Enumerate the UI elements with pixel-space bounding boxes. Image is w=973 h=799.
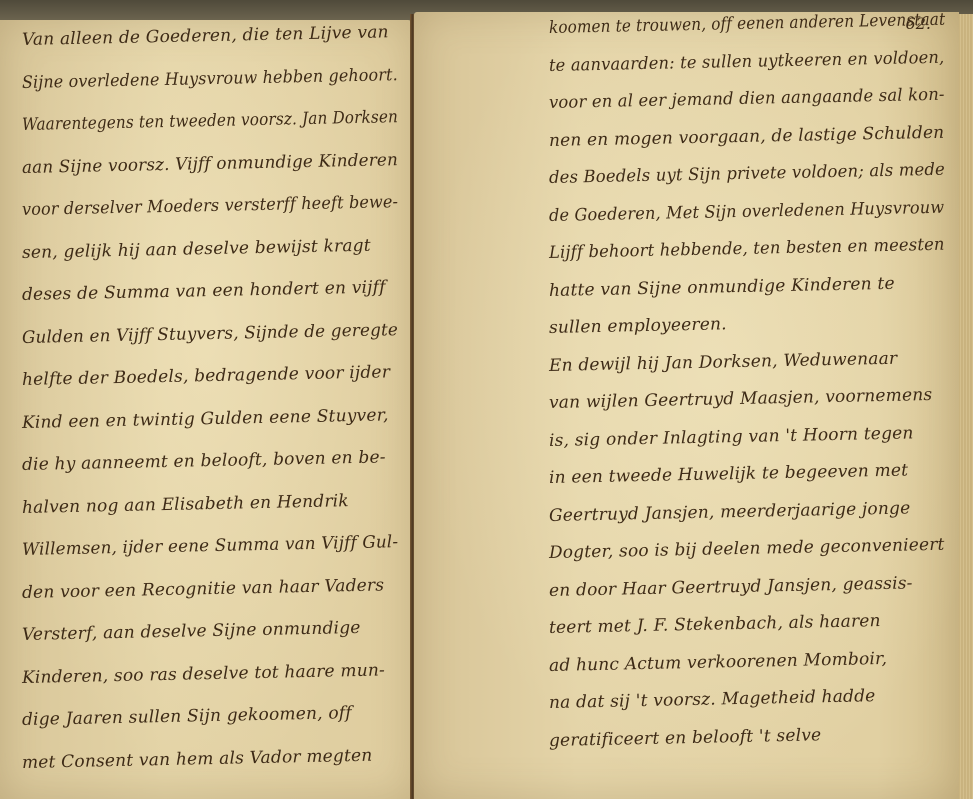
handwritten-line: teert met J. F. Stekenbach, als haaren (549, 611, 881, 638)
handwritten-line: nen en mogen voorgaan, de lastige Schuld… (549, 122, 945, 150)
handwritten-line: na dat sij 't voorsz. Magetheid hadde (549, 686, 876, 713)
handwritten-line: voor en al eer jemand dien aangaande sal… (549, 85, 945, 113)
handwritten-line: Versterf, aan deselve Sijne onmundige (22, 618, 361, 645)
handwritten-line: is, sig onder Inlagting van 't Hoorn teg… (549, 423, 914, 451)
handwritten-line: Willemsen, ijder eene Summa van Vijff Gu… (22, 532, 399, 560)
handwritten-line: En dewijl hij Jan Dorksen, Weduwenaar (549, 348, 898, 375)
handwritten-line: die hy aanneemt en belooft, boven en be- (22, 447, 386, 475)
handwritten-line: te aanvaarden: te sullen uytkeeren en vo… (549, 47, 945, 75)
handwritten-line: Kind een en twintig Gulden eene Stuyver, (22, 405, 389, 433)
handwritten-line: Waarentegens ten tweeden voorsz. Jan Dor… (22, 107, 398, 135)
handwritten-line: met Consent van hem als Vador megten (22, 745, 373, 772)
handwritten-line: deses de Summa van een hondert en vijff (22, 277, 386, 305)
left-page: Van alleen de Goederen, die ten Lijve va… (0, 20, 412, 799)
open-manuscript-book: Van alleen de Goederen, die ten Lijve va… (0, 0, 973, 799)
handwritten-line: helfte der Boedels, bedragende voor ijde… (22, 362, 390, 390)
right-page: 62. koomen te trouwen, off eenen anderen… (414, 12, 959, 799)
handwritten-line: geratificeert en belooft 't selve (549, 725, 822, 751)
handwritten-line: sullen employeeren. (549, 314, 727, 338)
handwritten-line: den voor een Recognitie van haar Vaders (22, 575, 385, 603)
handwritten-line: aan Sijne voorsz. Vijff onmundige Kinder… (22, 150, 398, 178)
handwritten-line: Lijff behoort hebbende, ten besten en me… (549, 235, 945, 263)
handwritten-line: Kinderen, soo ras deselve tot haare mun- (22, 660, 385, 688)
handwritten-line: Geertruyd Jansjen, meerderjaarige jonge (549, 498, 911, 526)
handwritten-line: de Goederen, Met Sijn overledenen Huysvr… (549, 197, 945, 225)
handwritten-line: Sijne overledene Huysvrouw hebben gehoor… (22, 65, 398, 93)
handwritten-line: halven nog aan Elisabeth en Hendrik (22, 491, 349, 518)
handwritten-line: en door Haar Geertruyd Jansjen, geassis- (549, 573, 913, 601)
handwritten-line: in een tweede Huwelijk te begeeven met (549, 460, 909, 488)
page-edges (959, 14, 973, 799)
right-page-text: koomen te trouwen, off eenen anderen Lev… (414, 12, 959, 799)
handwritten-line: koomen te trouwen, off eenen anderen Lev… (549, 10, 946, 38)
handwritten-line: ad hunc Actum verkoorenen Momboir, (549, 648, 888, 675)
handwritten-line: Dogter, soo is bij deelen mede geconveni… (549, 535, 945, 563)
handwritten-line: hatte van Sijne onmundige Kinderen te (549, 273, 895, 300)
handwritten-line: van wijlen Geertruyd Maasjen, voornemens (549, 385, 933, 413)
handwritten-line: voor derselver Moeders versterff heeft b… (22, 192, 399, 220)
handwritten-line: dige Jaaren sullen Sijn gekoomen, off (22, 703, 352, 730)
handwritten-line: sen, gelijk hij aan deselve bewijst krag… (22, 235, 371, 262)
handwritten-line: Gulden en Vijff Stuyvers, Sijnde de gere… (22, 320, 398, 348)
handwritten-line: des Boedels uyt Sijn privete voldoen; al… (549, 160, 945, 188)
handwritten-line: Van alleen de Goederen, die ten Lijve va… (22, 22, 389, 50)
left-page-text: Van alleen de Goederen, die ten Lijve va… (0, 20, 412, 799)
